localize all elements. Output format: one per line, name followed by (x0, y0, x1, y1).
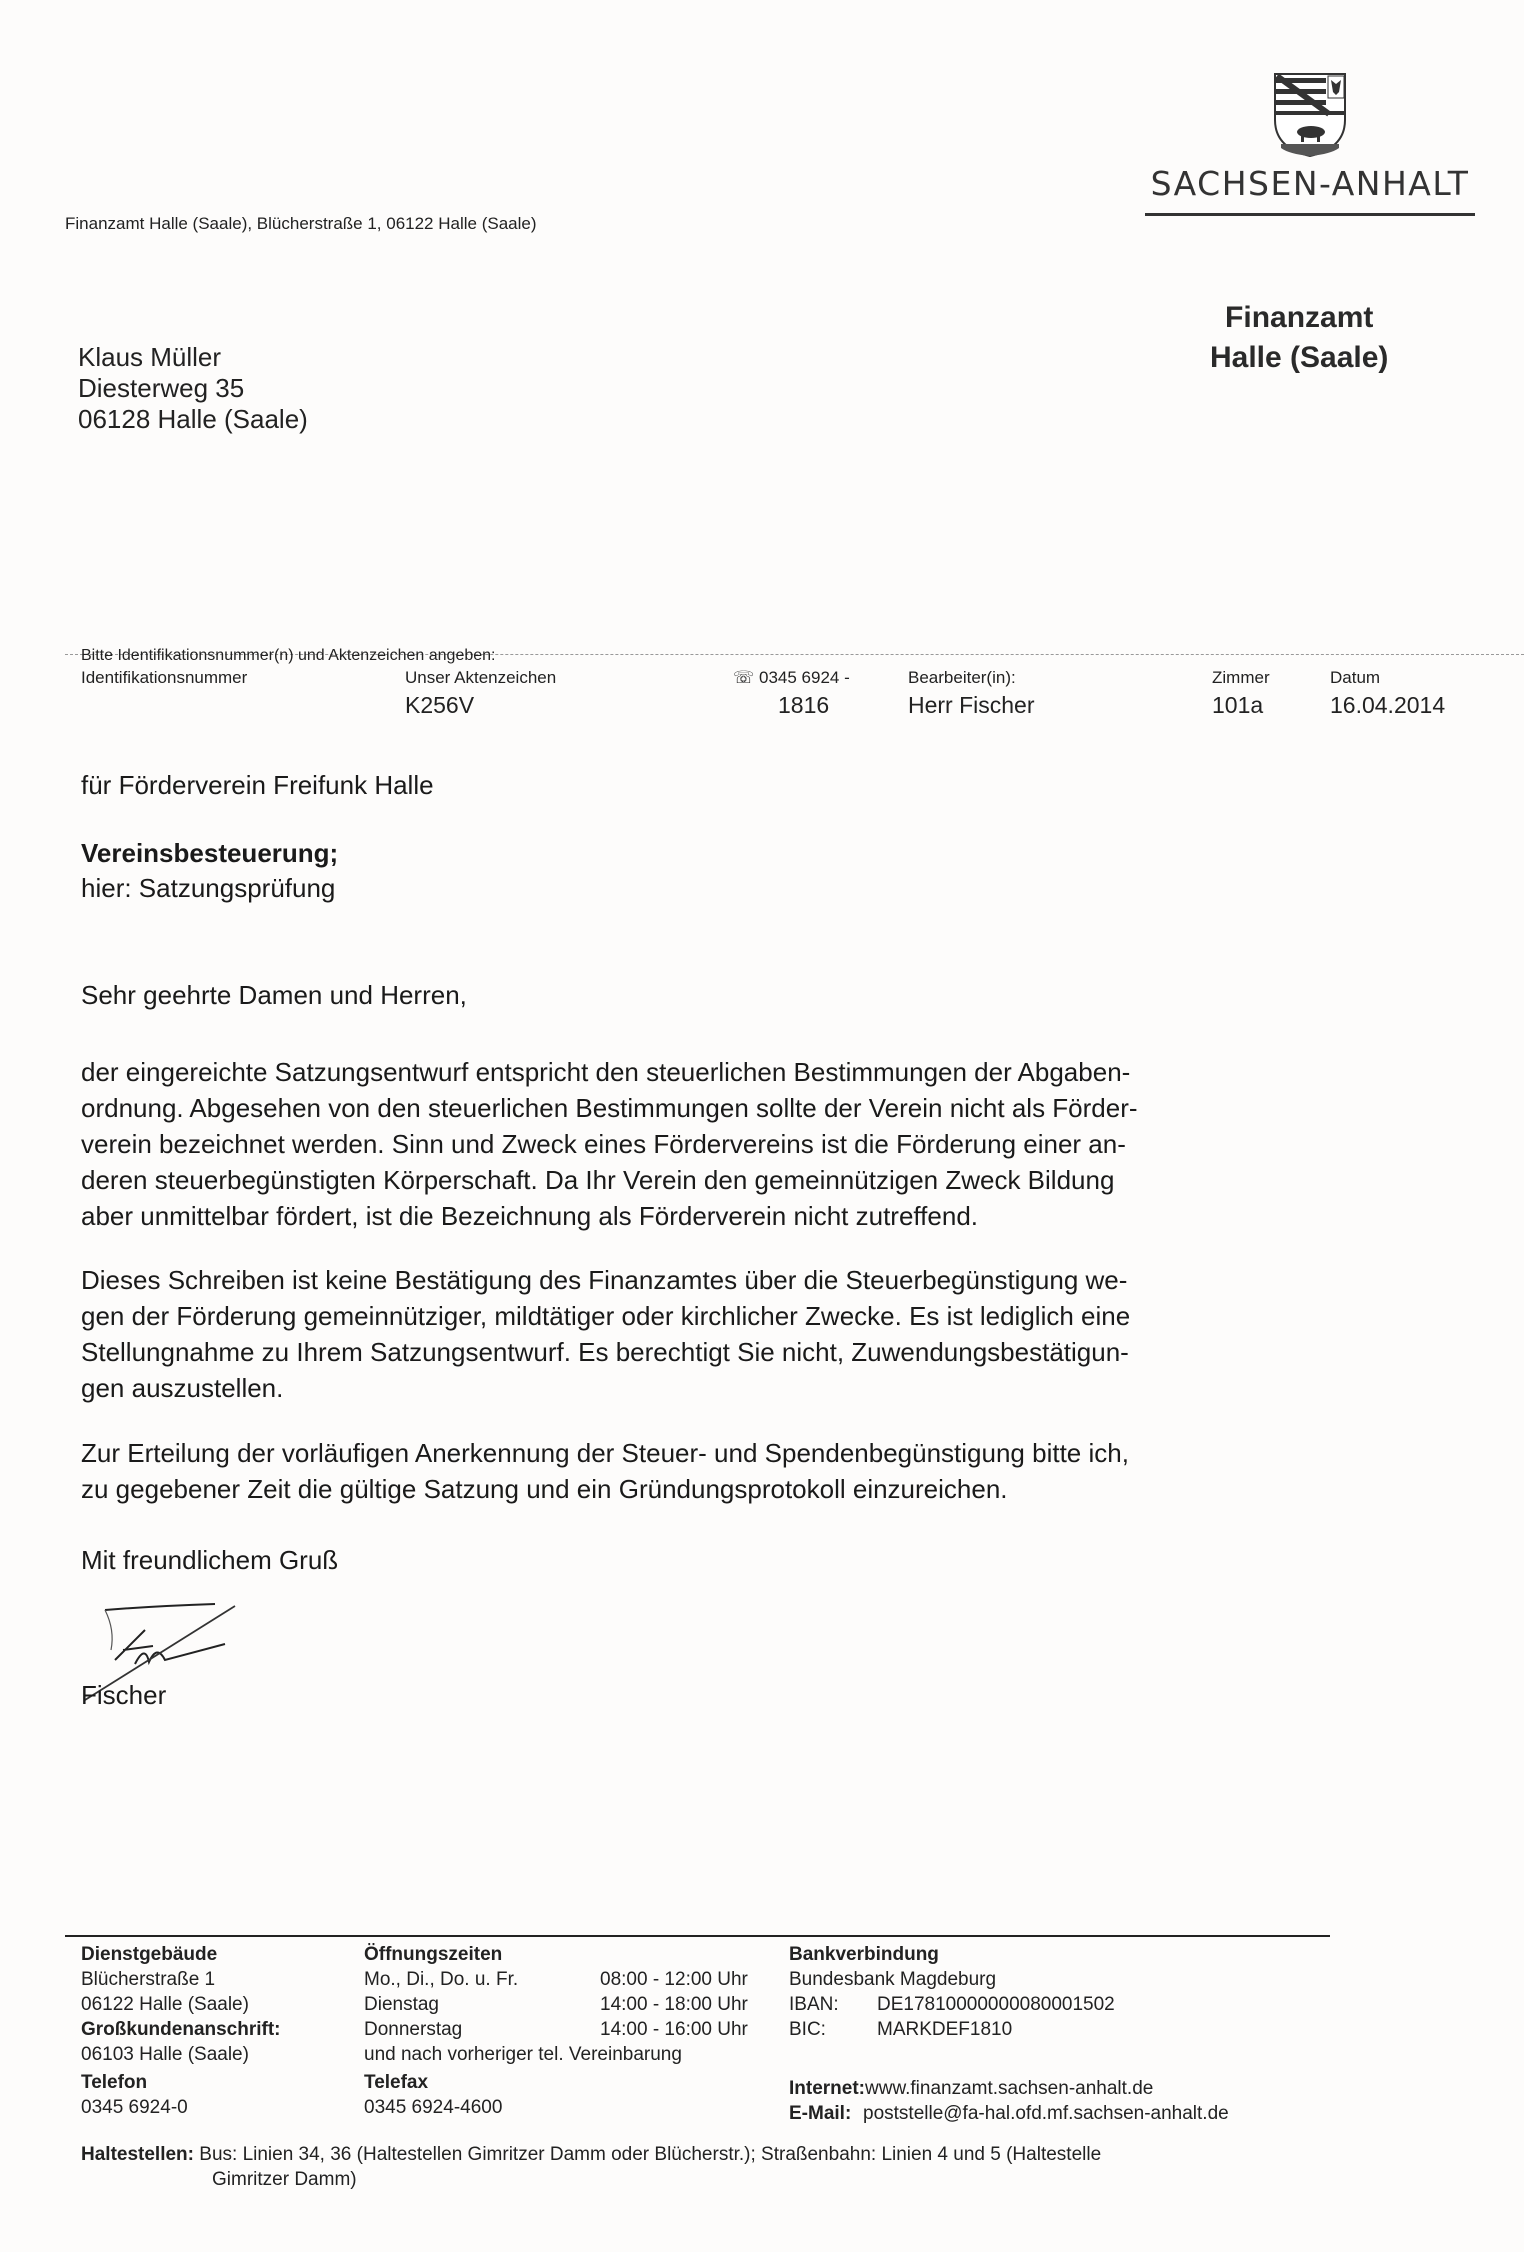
bulk-address-city: 06103 Halle (Saale) (81, 2042, 281, 2067)
office-title-line1: Finanzamt (1210, 298, 1388, 338)
building-heading: Dienstgebäude (81, 1942, 281, 1967)
paragraph-line: gen auszustellen. (81, 1370, 1321, 1406)
footer-bank: Bankverbindung Bundesbank Magdeburg IBAN… (789, 1942, 1115, 2042)
footer-hours: Öffnungszeiten Mo., Di., Do. u. Fr.08:00… (364, 1942, 748, 2067)
office-title-line2: Halle (Saale) (1210, 338, 1388, 378)
clerk-value: Herr Fischer (908, 692, 1035, 719)
subject-title: Vereinsbesteuerung; (81, 838, 338, 869)
recipient-street: Diesterweg 35 (78, 373, 308, 404)
internet-label: Internet: (789, 2078, 865, 2099)
hours-row: Dienstag14:00 - 18:00 Uhr (364, 1992, 748, 2017)
email-link[interactable]: poststelle@fa-hal.ofd.mf.sachsen-anhalt.… (863, 2103, 1229, 2124)
footer-building: Dienstgebäude Blücherstraße 1 06122 Hall… (81, 1942, 281, 2067)
hours-time: 14:00 - 18:00 Uhr (600, 1994, 748, 2015)
state-name: SACHSEN-ANHALT (1140, 164, 1480, 203)
date-label: Datum (1330, 668, 1380, 688)
phone-value: 0345 6924-0 (81, 2095, 188, 2120)
reference-instruction: Bitte Identifikationsnummer(n) und Akten… (81, 647, 495, 665)
subject-subtitle: hier: Satzungsprüfung (81, 873, 335, 904)
footer-divider (65, 1935, 1330, 1937)
paragraph-line: deren steuerbegünstigten Körperschaft. D… (81, 1162, 1321, 1198)
bic-row: BIC:MARKDEF1810 (789, 2017, 1115, 2042)
building-city: 06122 Halle (Saale) (81, 1992, 281, 2017)
fax-heading: Telefax (364, 2070, 502, 2095)
date-value: 16.04.2014 (1330, 692, 1445, 719)
case-number-label: Unser Aktenzeichen (405, 668, 556, 688)
paragraph-line: aber unmittelbar fördert, ist die Bezeic… (81, 1198, 1321, 1234)
signer-name: Fischer (81, 1680, 166, 1711)
hours-time: 08:00 - 12:00 Uhr (600, 1969, 748, 1990)
internet-link[interactable]: www.finanzamt.sachsen-anhalt.de (865, 2078, 1153, 2099)
hours-row: Donnerstag14:00 - 16:00 Uhr (364, 2017, 748, 2042)
paragraph-line: verein bezeichnet werden. Sinn und Zweck… (81, 1126, 1321, 1162)
hours-days: Donnerstag (364, 2017, 600, 2042)
email-label: E-Mail: (789, 2101, 863, 2126)
transit-line2: Gimritzer Damm) (81, 2167, 1101, 2192)
recipient-address: Klaus Müller Diesterweg 35 06128 Halle (… (78, 342, 308, 435)
id-number-label: Identifikationsnummer (81, 668, 247, 688)
phone-prefix: 0345 6924 - (759, 668, 850, 687)
paragraph-line: ordnung. Abgesehen von den steuerlichen … (81, 1090, 1321, 1126)
office-title: Finanzamt Halle (Saale) (1210, 298, 1388, 378)
salutation: Sehr geehrte Damen und Herren, (81, 980, 467, 1011)
bank-heading: Bankverbindung (789, 1942, 1115, 1967)
footer-online: Internet:www.finanzamt.sachsen-anhalt.de… (789, 2076, 1229, 2126)
hours-days: Mo., Di., Do. u. Fr. (364, 1967, 600, 1992)
hours-time: 14:00 - 16:00 Uhr (600, 2019, 748, 2040)
iban-row: IBAN:DE17810000000080001502 (789, 1992, 1115, 2017)
body-paragraph-1: der eingereichte Satzungsentwurf entspri… (81, 1054, 1321, 1234)
telephone-icon: ☏ (733, 668, 754, 687)
bic-value: MARKDEF1810 (877, 2019, 1012, 2040)
footer-transit: Haltestellen: Bus: Linien 34, 36 (Haltes… (81, 2142, 1101, 2192)
subject-for-line: für Förderverein Freifunk Halle (81, 770, 434, 801)
state-name-underline (1145, 213, 1475, 216)
coat-of-arms-icon (1271, 70, 1349, 158)
bulk-address-heading: Großkundenanschrift: (81, 2017, 281, 2042)
hours-days: Dienstag (364, 1992, 600, 2017)
room-label: Zimmer (1212, 668, 1270, 688)
paragraph-line: Stellungnahme zu Ihrem Satzungsentwurf. … (81, 1334, 1321, 1370)
internet-row[interactable]: Internet:www.finanzamt.sachsen-anhalt.de (789, 2076, 1229, 2101)
building-street: Blücherstraße 1 (81, 1967, 281, 1992)
sender-return-address: Finanzamt Halle (Saale), Blücherstraße 1… (65, 214, 537, 234)
email-row[interactable]: E-Mail:poststelle@fa-hal.ofd.mf.sachsen-… (789, 2101, 1229, 2126)
body-paragraph-3: Zur Erteilung der vorläufigen Anerkennun… (81, 1435, 1321, 1507)
footer-phone: Telefon 0345 6924-0 (81, 2070, 188, 2120)
recipient-city: 06128 Halle (Saale) (78, 404, 308, 435)
paragraph-line: der eingereichte Satzungsentwurf entspri… (81, 1054, 1321, 1090)
fax-value: 0345 6924-4600 (364, 2095, 502, 2120)
clerk-label: Bearbeiter(in): (908, 668, 1016, 688)
bic-label: BIC: (789, 2017, 877, 2042)
room-value: 101a (1212, 692, 1263, 719)
paragraph-line: Zur Erteilung der vorläufigen Anerkennun… (81, 1435, 1321, 1471)
phone-extension: 1816 (778, 692, 829, 719)
recipient-name: Klaus Müller (78, 342, 308, 373)
hours-row: Mo., Di., Do. u. Fr.08:00 - 12:00 Uhr (364, 1967, 748, 1992)
case-number-value: K256V (405, 692, 474, 719)
paragraph-line: gen der Förderung gemeinnütziger, mildtä… (81, 1298, 1321, 1334)
transit-label: Haltestellen: (81, 2144, 194, 2165)
state-logo: SACHSEN-ANHALT (1140, 70, 1480, 216)
hours-heading: Öffnungszeiten (364, 1942, 748, 1967)
bank-name: Bundesbank Magdeburg (789, 1967, 1115, 1992)
footer-fax: Telefax 0345 6924-4600 (364, 2070, 502, 2120)
iban-label: IBAN: (789, 1992, 877, 2017)
hours-note: und nach vorheriger tel. Vereinbarung (364, 2042, 748, 2067)
closing: Mit freundlichem Gruß (81, 1545, 338, 1576)
transit-line1: Bus: Linien 34, 36 (Haltestellen Gimritz… (199, 2144, 1101, 2165)
phone-label: ☏ 0345 6924 - (733, 668, 850, 688)
phone-heading: Telefon (81, 2070, 188, 2095)
paragraph-line: zu gegebener Zeit die gültige Satzung un… (81, 1471, 1321, 1507)
body-paragraph-2: Dieses Schreiben ist keine Bestätigung d… (81, 1262, 1321, 1406)
iban-value: DE17810000000080001502 (877, 1994, 1115, 2015)
paragraph-line: Dieses Schreiben ist keine Bestätigung d… (81, 1262, 1321, 1298)
